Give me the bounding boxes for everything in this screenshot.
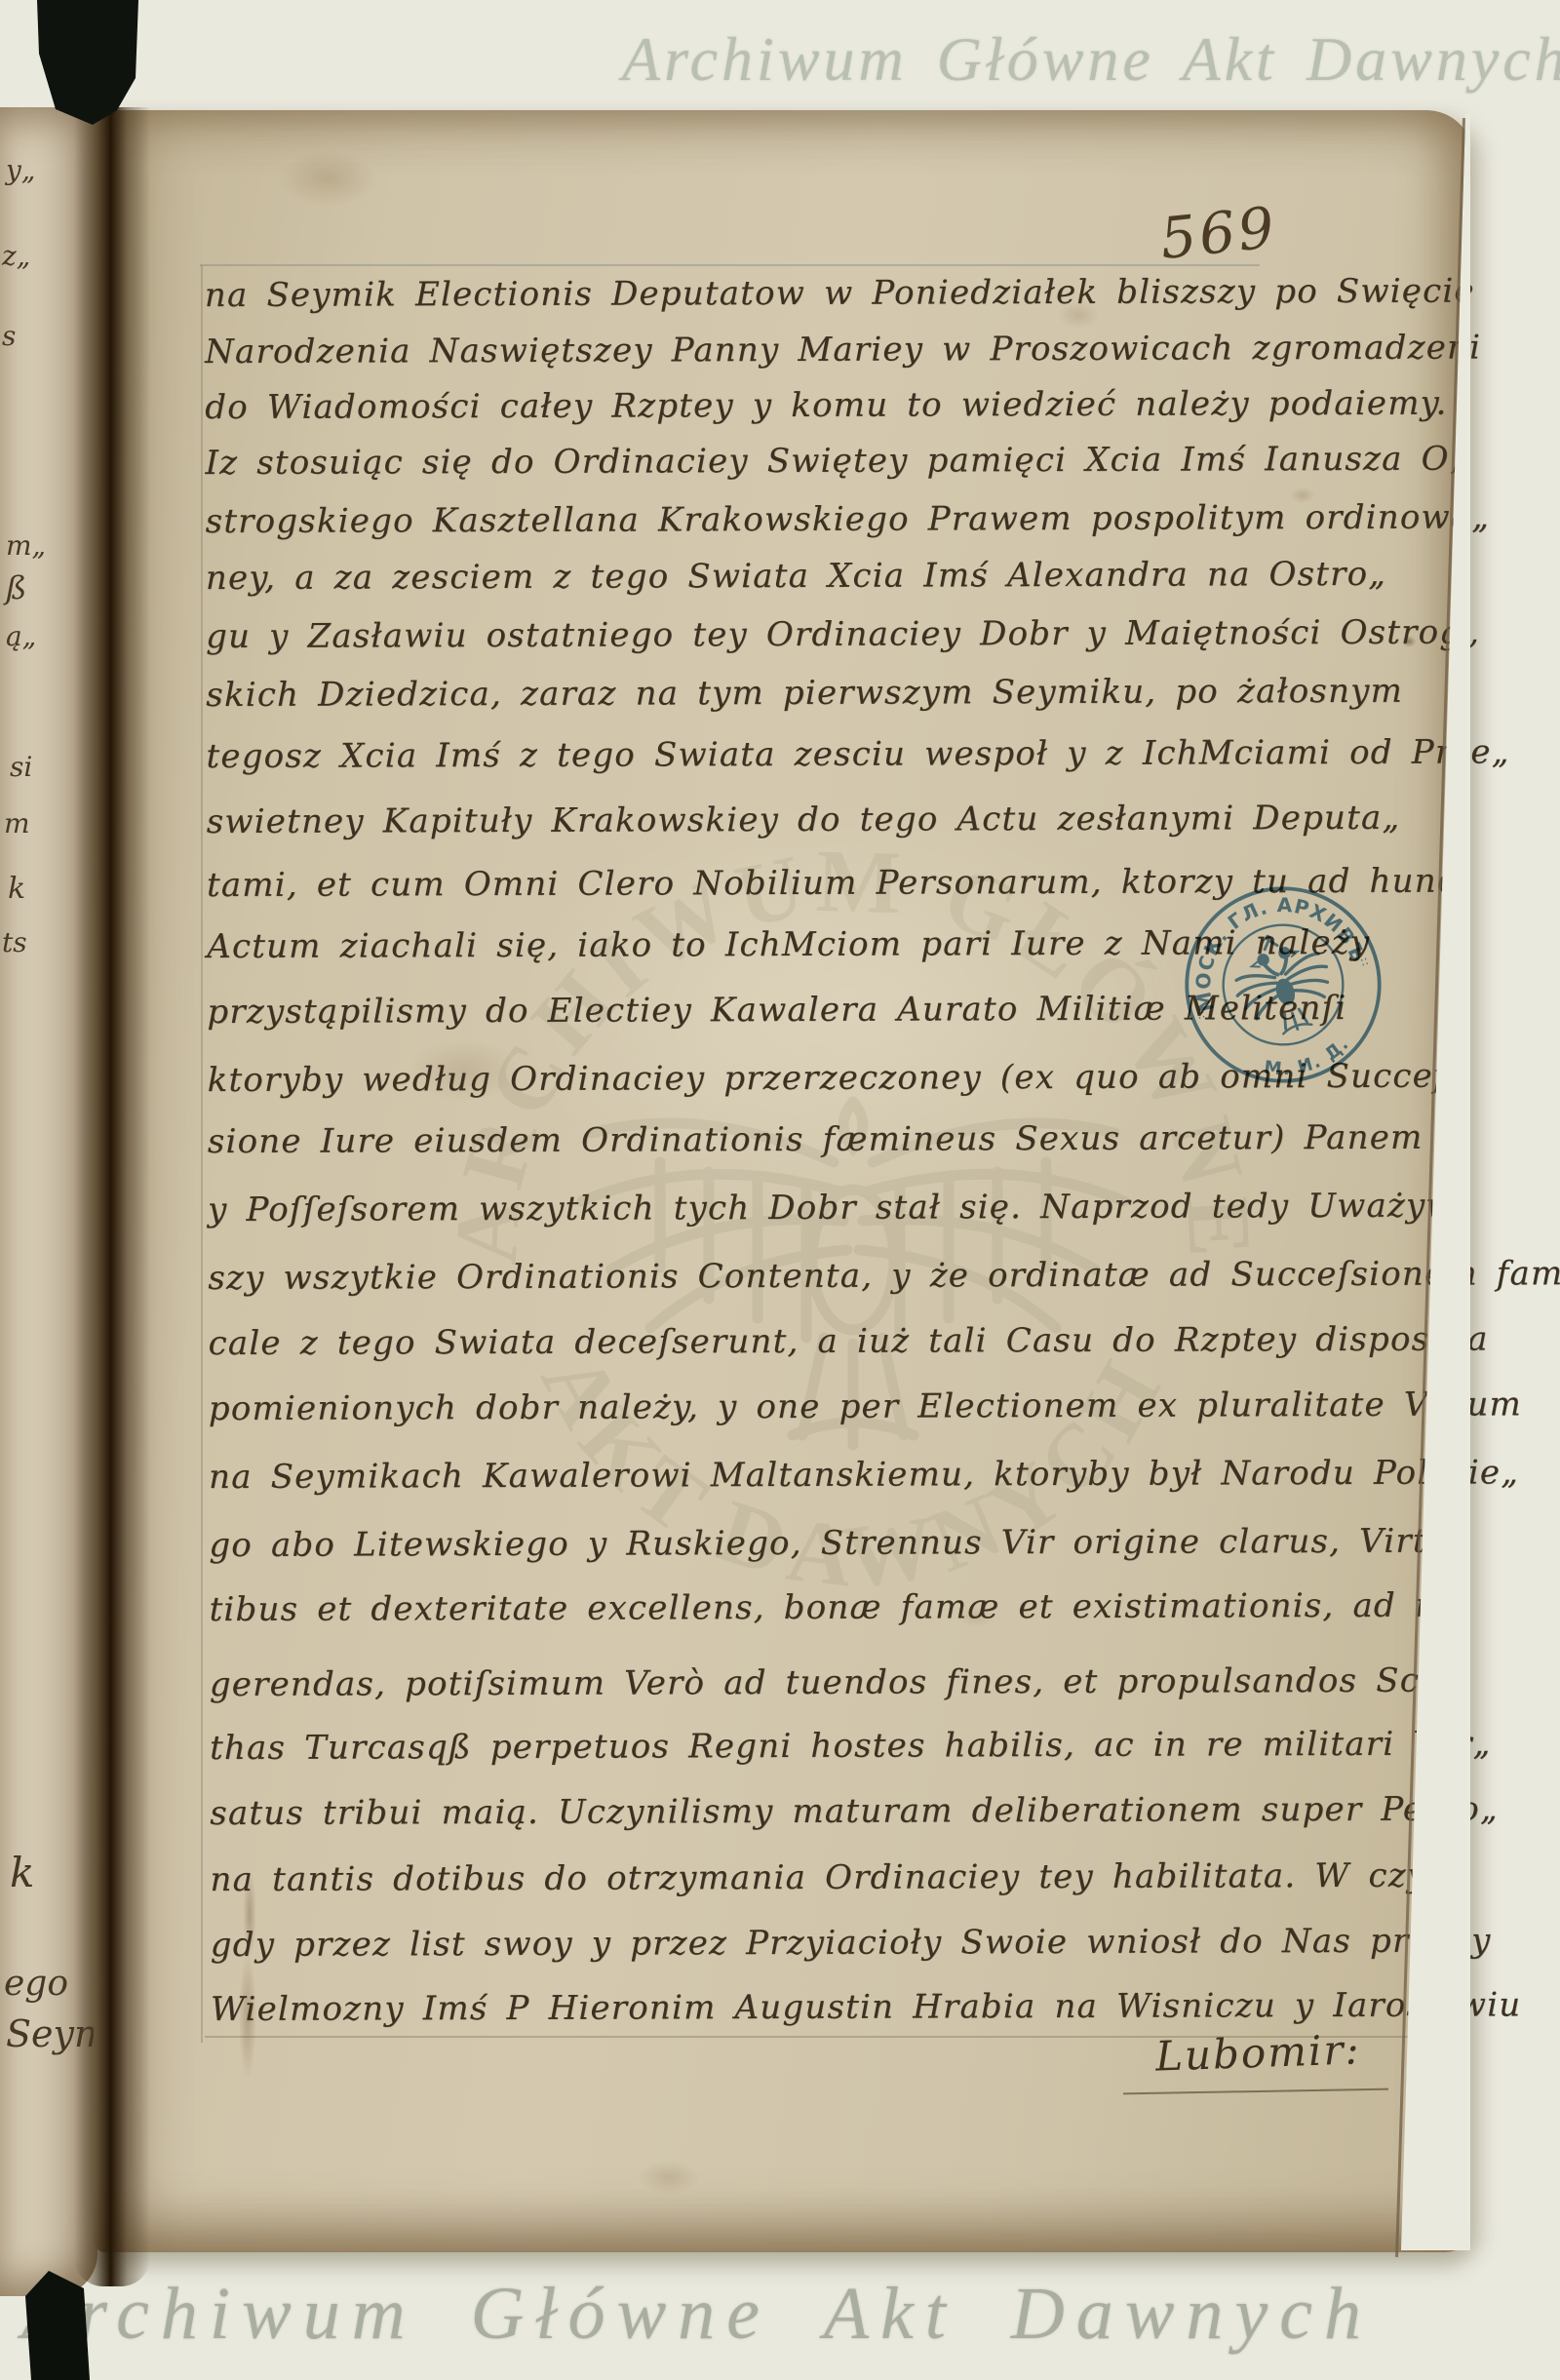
facing-page-text-fragment: ą„ [6, 620, 36, 652]
facing-page-text-fragment: ß [6, 569, 26, 606]
manuscript-line: strogskiego Kasztellana Krakowskiego Pra… [206, 495, 1491, 543]
manuscript-line: ney, a za zesciem z tego Swiata Xcia Imś… [206, 553, 1386, 600]
manuscript-line: Wielmozny Imś P Hieronim Augustin Hrabia… [211, 1983, 1522, 2031]
manuscript-text: na Seymik Electionis Deputatow w Poniedz… [90, 108, 1474, 2255]
manuscript-line: pomienionych dobr należy, y one per Elec… [209, 1383, 1522, 1430]
facing-page-text-fragment: k [8, 872, 25, 906]
manuscript-line: cale z tego Swiata deceſserunt, a iuż ta… [209, 1317, 1489, 1365]
scanned-document: Archiwum Główne Akt Dawnych. Archiwum Gł… [0, 0, 1560, 2380]
manuscript-line: go abo Litewskiego y Ruskiego, Strennus … [209, 1520, 1467, 1568]
catchword: Lubomir: [1154, 2025, 1361, 2080]
manuscript-line: Narodzenia Naswiętszey Panny Mariey w Pr… [205, 326, 1481, 373]
manuscript-line: na Seymik Electionis Deputatow w Poniedz… [205, 270, 1475, 318]
facing-page-text-fragment: m„ [6, 529, 46, 562]
manuscript-line: satus tribui maią. Uczynilismy maturam d… [210, 1787, 1499, 1835]
manuscript-line: na tantis dotibus do otrzymania Ordinaci… [210, 1854, 1459, 1901]
facing-page-text-fragment: ts [2, 926, 27, 958]
manuscript-line: tegosz Xcia Imś z tego Swiata zesciu wes… [206, 730, 1509, 778]
manuscript-line: gerendas, potiſsimum Verò ad tuendos fin… [210, 1659, 1458, 1706]
manuscript-line: tibus et dexteritate excellens, bonæ fam… [209, 1584, 1470, 1632]
manuscript-line: Iz stosuiąc się do Ordinaciey Swiętey pa… [205, 438, 1467, 486]
manuscript-line: sione Iure eiusdem Ordinationis fæmineus… [208, 1116, 1423, 1163]
manuscript-line: do Wiadomości całey Rzptey y komu to wie… [205, 382, 1447, 429]
manuscript-line: skich Dziedzica, zaraz na tym pierwszym … [206, 670, 1403, 717]
facing-page-text-fragment: m [4, 807, 30, 839]
archive-watermark-top: Archiwum Główne Akt Dawnych. [622, 23, 1560, 96]
manuscript-line: y Poſſeſsorem wszytkich tych Dobr stał s… [208, 1185, 1474, 1232]
facing-page-text-fragment: s [2, 320, 16, 352]
facing-page-text-fragment: ego [4, 1964, 68, 2004]
manuscript-line: swietney Kapituły Krakowskiey do tego Ac… [207, 797, 1401, 843]
facing-page-text-fragment: y„ [6, 154, 35, 186]
manuscript-line: thas Turcasqß perpetuos Regni hostes hab… [210, 1722, 1492, 1770]
facing-page-text-fragment: k [10, 1849, 34, 1896]
manuscript-line: szy wszytkie Ordinationis Contenta, y że… [208, 1252, 1560, 1300]
facing-page-text-fragment: z„ [2, 240, 30, 272]
manuscript-line: gu y Zasławiu ostatniego tey Ordinaciey … [206, 610, 1480, 658]
archive-watermark-bottom: Archiwum Główne Akt Dawnych [21, 2272, 1373, 2357]
manuscript-line: na Seymikach Kawalerowi Maltanskiemu, kt… [209, 1451, 1519, 1499]
facing-page-text-fragment: si [10, 751, 32, 783]
manuscript-page: ARCHIWUM GŁÓWNE AKT DAWNYCH 569 na Seymi… [94, 110, 1470, 2252]
book-gutter-shadow [74, 107, 150, 2286]
manuscript-line: gdy przez list swoy y przez Przyiacioły … [211, 1919, 1492, 1967]
